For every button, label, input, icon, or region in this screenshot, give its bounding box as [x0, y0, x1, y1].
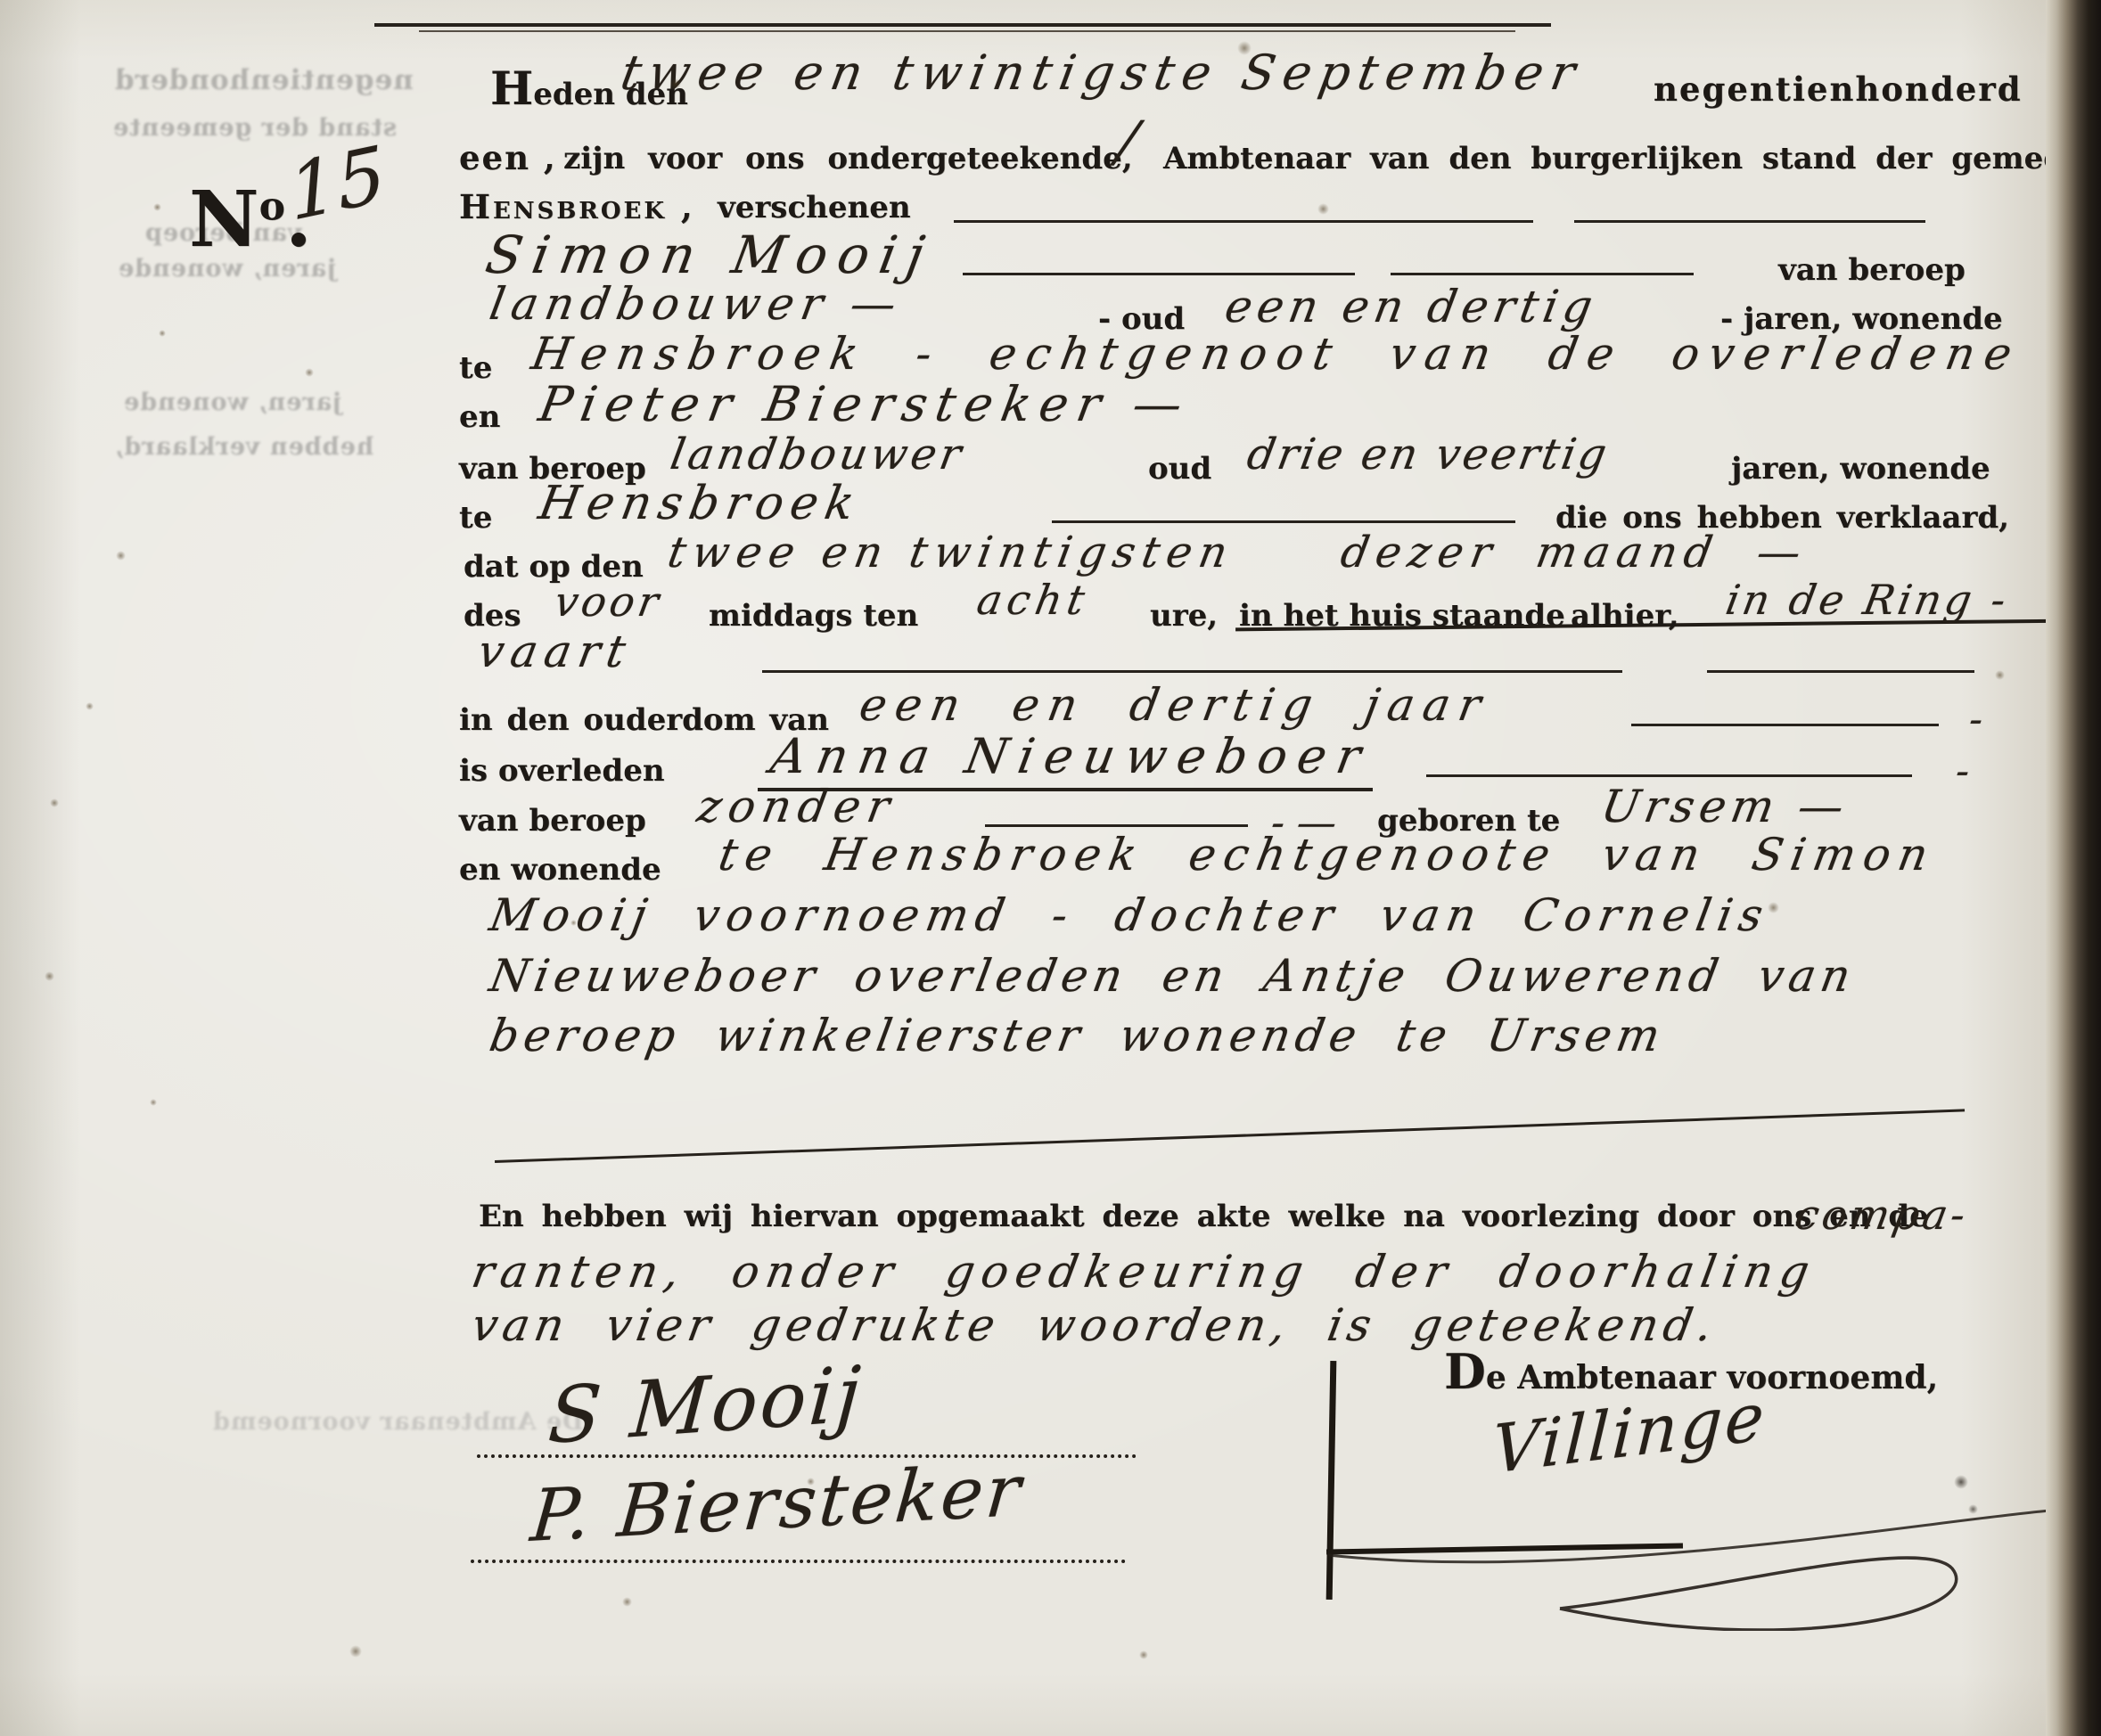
- fill-line: [1391, 273, 1694, 275]
- printed-aanhef-2: Ambtenaar van den burgerlijken stand der…: [1163, 141, 2101, 176]
- printed-te-1: te: [459, 350, 492, 386]
- printed-jaar: negentienhonderd: [1654, 70, 2023, 109]
- printed-slotformule: En hebben wij hiervan opgemaakt deze akt…: [479, 1199, 1929, 1234]
- ink-stain: [1317, 203, 1329, 215]
- hw-plaats-2: vaart: [474, 626, 636, 677]
- hw-comparant1-beroep: landbouwer —: [486, 278, 907, 330]
- ink-stain: [116, 551, 126, 561]
- fill-line: [762, 670, 1622, 673]
- hw-comparant2-naam: Pieter Biersteker —: [535, 376, 1195, 432]
- hw-dagdeel: voor: [551, 577, 666, 626]
- ink-stain: [570, 920, 577, 926]
- act-number-sup: o: [259, 184, 285, 229]
- ink-stain: [1237, 41, 1252, 55]
- ink-stain: [1995, 670, 2005, 680]
- fill-line: [963, 273, 1355, 275]
- printed-ure: ure,: [1150, 598, 1218, 634]
- top-rule-2: [419, 30, 1515, 32]
- signature-dotted-line: [477, 1454, 1137, 1458]
- hw-comparant1-woonplaats: Hensbroek - echtgenoot van de overledene: [528, 328, 2025, 380]
- fill-line: [954, 220, 1533, 223]
- signature-comparant1: S Mooij: [546, 1350, 866, 1462]
- hw-dezer-maand: dezer maand —: [1337, 528, 1812, 577]
- hw-leeftijd-overledene: een en dertig jaar: [856, 679, 1494, 731]
- printed-van-beroep-3: van beroep: [459, 803, 646, 839]
- hw-regel-4: beroep winkelierster wonende te Ursem: [486, 1010, 1669, 1061]
- hw-slot-3: van vier gedrukte woorden, is geteekend.: [468, 1299, 1721, 1351]
- hw-slot-2: ranten, onder goedkeuring der doorhaling: [468, 1246, 1820, 1298]
- hw-overledene-naam: Anna Nieuweboer: [767, 728, 1375, 784]
- hw-comparant2-beroep: landbouwer: [667, 430, 968, 479]
- ink-stain: [1954, 1475, 1968, 1489]
- hw-comparant1-leeftijd: een en dertig: [1221, 281, 1602, 332]
- printed-gemeente: Hensbroek ,: [459, 187, 695, 226]
- fill-line: [1426, 774, 1912, 777]
- hw-slot-1: compa-: [1792, 1191, 1973, 1239]
- signature-dotted-line: [471, 1560, 1126, 1563]
- hw-overlijdensdatum: twee en twintigste September: [617, 45, 1588, 101]
- hw-comparant2-leeftijd: drie en veertig: [1243, 430, 1613, 479]
- ink-stain: [670, 78, 681, 89]
- ink-stain: [349, 1645, 362, 1658]
- ink-stain: [150, 1099, 157, 1106]
- hw-dash: -: [1966, 697, 1987, 742]
- printed-ouderdom: in den ouderdom van: [459, 702, 829, 738]
- printed-en: en: [459, 399, 500, 435]
- ghost-text: jaren, wonende: [123, 389, 341, 416]
- binding-edge: [2046, 0, 2101, 1736]
- fill-line: [1707, 670, 1974, 673]
- top-rule: [374, 23, 1551, 27]
- ink-stain: [153, 203, 161, 211]
- ink-stain: [1768, 902, 1779, 913]
- hw-regel-2: Mooij voornoemd - dochter van Cornelis: [486, 889, 1774, 941]
- hw-comparant2-woonplaats: Hensbroek: [535, 477, 866, 530]
- hw-overlijden-datum: twee en twintigsten: [664, 528, 1238, 577]
- ink-stain: [1968, 1504, 1978, 1514]
- ghost-text: negentienhonderd: [114, 64, 414, 96]
- fill-line: [985, 824, 1248, 827]
- printed-te-2: te: [459, 500, 492, 536]
- hw-overledene-beroep: zonder: [693, 781, 900, 832]
- ink-stain: [807, 1478, 815, 1486]
- ink-stain: [45, 971, 54, 981]
- hw-regel-1: te Hensbroek echtgenoote van Simon: [715, 829, 1940, 880]
- ink-stain: [305, 368, 314, 377]
- act-number-value: 15: [284, 129, 390, 239]
- printed-alhier: alhier,: [1571, 598, 1679, 634]
- fill-line: [1631, 724, 1939, 726]
- printed-oud-2: oud: [1148, 451, 1211, 487]
- printed-en-wonende: en wonende: [459, 852, 661, 888]
- hw-geboorteplaats: Ursem —: [1597, 781, 1853, 832]
- ghost-text: De Ambtenaar voornoemd: [212, 1408, 583, 1436]
- hw-comparant1-naam: Simon Mooij: [481, 225, 940, 285]
- signature-comparant2: P. Biersteker: [528, 1449, 1026, 1558]
- fill-line: [1052, 520, 1515, 523]
- printed-verschenen: verschenen: [718, 190, 911, 225]
- ink-stain: [86, 702, 94, 710]
- ink-stain: [1139, 1650, 1148, 1659]
- hw-dash: -: [1952, 749, 1974, 794]
- printed-middags-ten: middags ten: [709, 598, 918, 634]
- hw-plaats-1: in de Ring -: [1722, 576, 2013, 624]
- fill-line: [1574, 220, 1925, 223]
- printed-van-beroep-1: van beroep: [1778, 252, 1966, 288]
- diagonal-void-line: [495, 1109, 1965, 1163]
- ink-stain: [159, 330, 166, 337]
- death-certificate-scan: negentienhonderd stand der gemeente van …: [0, 0, 2101, 1736]
- ink-stain: [622, 1597, 632, 1607]
- hw-uur: acht: [973, 576, 1094, 624]
- printed-jaren-wonende-2: jaren, wonende: [1731, 451, 1990, 487]
- printed-aanhef-1: zijn voor ons ondergeteekende,: [563, 141, 1133, 176]
- printed-is-overleden: is overleden: [459, 753, 665, 789]
- printed-jaar-een: een ,: [459, 138, 557, 177]
- hw-regel-3: Nieuweboer overleden en Antje Ouwerend v…: [486, 950, 1859, 1002]
- ghost-text: hebben verklaard,: [114, 433, 373, 461]
- ink-stain: [50, 798, 59, 807]
